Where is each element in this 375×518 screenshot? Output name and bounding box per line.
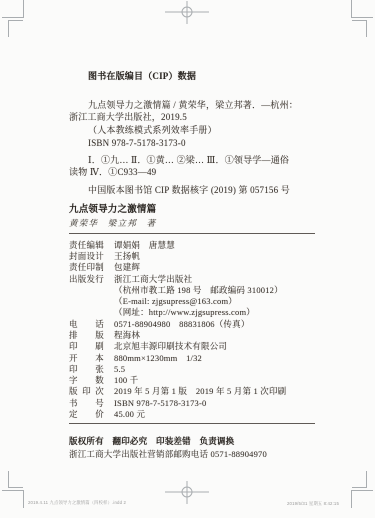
colophon-label: 责任编辑 [69,240,104,251]
colophon-value: ISBN 978-7-5178-3173-0 [114,398,206,409]
crop-mark-bottom-left-inner [8,471,23,488]
cip-header: 图书在版编目（CIP）数据 [69,70,315,83]
colophon-row: 封面设计王扬帆 [69,251,315,262]
colophon-value: 880mm×1230mm 1/32 [114,353,202,364]
colophon-value: 0571-88904980 88831806（传真） [114,319,250,330]
registration-target-icon [165,0,209,26]
colophon-value: 2019 年 5 月第 1 版 2019 年 5 月第 1 次印刷 [114,386,286,397]
colophon-label: 印刷 [69,341,104,352]
colophon-value: 5.5 [114,364,125,375]
colophon-label: 电话 [69,319,104,330]
colophon-row: （E-mail: zjgsupress@163.com） [69,296,315,307]
colophon-row: （网址：http://www.zjgsupress.com） [69,307,315,318]
colophon-row: 印刷北京旭丰源印刷技术有限公司 [69,341,315,352]
colophon-row: 责任编辑谭娟娟 唐慧慧 [69,240,315,251]
colophon-value: 包建辉 [114,262,140,273]
colophon-label: 排版 [69,330,104,341]
crop-mark-top-left-inner [8,20,23,37]
crop-mark-top-right-inner [352,20,367,37]
colophon-value: 谭娟娟 唐慧慧 [114,240,175,251]
colophon-value: （E-mail: zjgsupress@163.com） [114,296,237,307]
colophon-value: （杭州市教工路 198 号 邮政编码 310012） [114,285,283,296]
colophon-value: 王扬帆 [114,251,140,262]
proof-filename-footer: 2019.4.11 九点领导力之激情篇（四校样）.indd 2 [28,499,126,505]
colophon-label: 印张 [69,364,104,375]
cip-publisher-line: 浙江工商大学出版社，2019.5 [69,111,315,124]
scanned-copyright-page: 图书在版编目（CIP）数据 九点领导力之激情篇 / 黄荣华，梁立邦著．—杭州： … [0,0,375,518]
cip-classification-line: Ⅰ．①九… Ⅱ．①黄… ②梁… Ⅲ．①领导学—通俗 [69,154,315,167]
colophon-row: 定价45.00 元 [69,409,315,420]
colophon-label: 开本 [69,353,104,364]
cip-record-number-line: 中国版本图书馆 CIP 数据核字 (2019) 第 057156 号 [69,184,315,197]
colophon-label: 字数 [69,375,104,386]
proof-timestamp-footer: 2019/5/31 星期五 8:42:15 [287,500,339,506]
colophon-row: 印张5.5 [69,364,315,375]
colophon-label: 出版发行 [69,274,104,285]
crop-mark-top-right-outer [351,0,373,18]
colophon-block: 责任编辑谭娟娟 唐慧慧 封面设计王扬帆 责任印制包建辉 出版发行浙江工商大学出版… [69,240,315,421]
colophon-label: 责任印制 [69,262,104,273]
colophon-label: 书号 [69,398,104,409]
crop-mark-bottom-right-outer [351,490,373,508]
registration-target-icon [165,480,209,506]
colophon-row: 电话0571-88904980 88831806（传真） [69,319,315,330]
cip-series-line: （人本教练模式系列效率手册） [69,124,315,137]
colophon-row: 书号ISBN 978-7-5178-3173-0 [69,398,315,409]
title-block: 九点领导力之激情篇 黄荣华 梁立邦 著 [69,204,315,230]
colophon-row: 版印次2019 年 5 月第 1 版 2019 年 5 月第 1 次印刷 [69,386,315,397]
colophon-label: 版印次 [69,386,104,397]
colophon-row: 责任印制包建辉 [69,262,315,273]
colophon-value: （网址：http://www.zjgsupress.com） [114,307,255,318]
divider-top [69,233,315,234]
book-title: 九点领导力之激情篇 [69,204,315,217]
crop-mark-bottom-left-outer [2,490,24,508]
colophon-value: 程海林 [114,330,140,341]
colophon-row: 字数100 千 [69,375,315,386]
colophon-value: 浙江工商大学出版社 [114,274,192,285]
crop-mark-bottom-right-inner [352,471,367,488]
book-authors: 黄荣华 梁立邦 著 [69,217,315,230]
colophon-row: 排版程海林 [69,330,315,341]
colophon-row: （杭州市教工路 198 号 邮政编码 310012） [69,285,315,296]
cip-data-block: 图书在版编目（CIP）数据 九点领导力之激情篇 / 黄荣华，梁立邦著．—杭州： … [69,70,315,197]
colophon-row: 出版发行浙江工商大学出版社 [69,274,315,285]
copyright-notice-block: 版权所有 翻印必究 印装差错 负责调换 浙江工商大学出版社营销部邮购电话 057… [69,435,315,460]
mail-order-contact: 浙江工商大学出版社营销部邮购电话 0571-88904970 [69,448,315,461]
copyright-notice: 版权所有 翻印必究 印装差错 负责调换 [69,435,315,448]
colophon-label: 封面设计 [69,251,104,262]
cip-classification-line-2: 读物 Ⅳ．①C933—49 [69,166,315,179]
colophon-value: 北京旭丰源印刷技术有限公司 [114,341,227,352]
colophon-label: 定价 [69,409,104,420]
divider-bottom [69,423,315,424]
page-content: 图书在版编目（CIP）数据 九点领导力之激情篇 / 黄荣华，梁立邦著．—杭州： … [69,70,315,460]
colophon-value: 45.00 元 [114,409,145,420]
cip-isbn-line: ISBN 978-7-5178-3173-0 [69,137,315,150]
colophon-value: 100 千 [114,375,138,386]
colophon-row: 开本880mm×1230mm 1/32 [69,353,315,364]
cip-title-line: 九点领导力之激情篇 / 黄荣华，梁立邦著．—杭州： [69,99,315,112]
crop-mark-top-left-outer [2,0,24,18]
